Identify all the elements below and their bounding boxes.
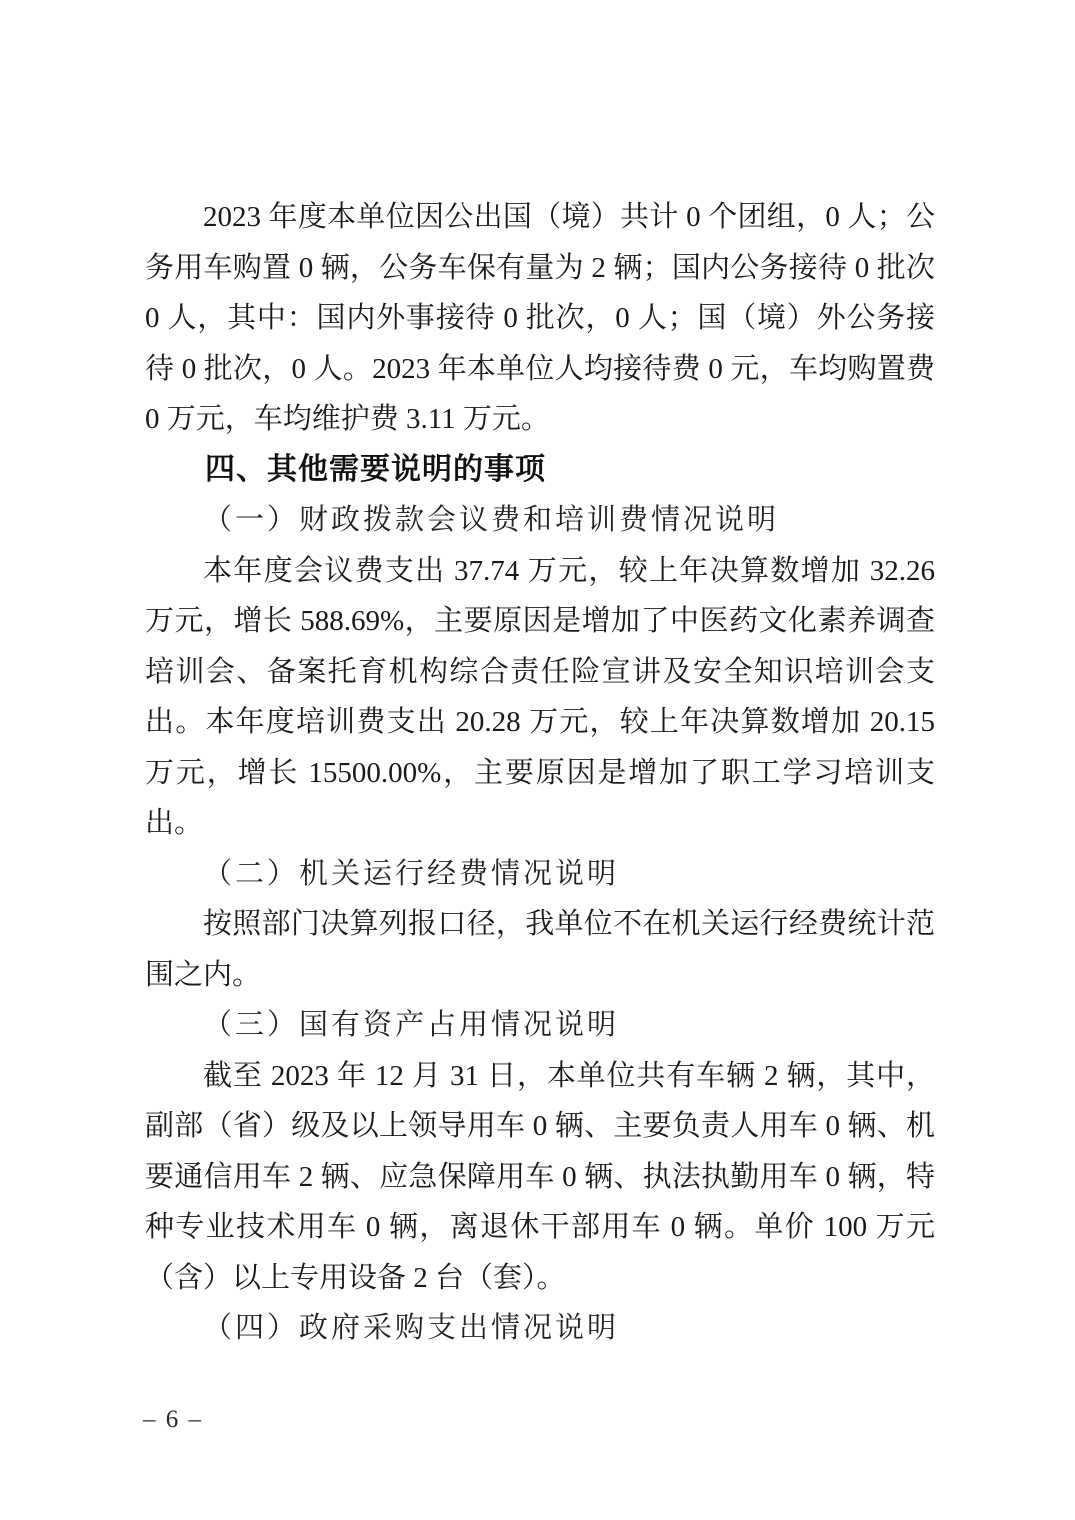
intro-paragraph: 2023 年度本单位因公出国（境）共计 0 个团组，0 人；公务用车购置 0 辆… [145,192,935,445]
document-page: 2023 年度本单位因公出国（境）共计 0 个团组，0 人；公务用车购置 0 辆… [0,0,1075,1520]
subsection-body-operating-expenses: 按照部门决算列报口径，我单位不在机关运行经费统计范围之内。 [145,899,935,1000]
subsection-heading-government-procurement: （四）政府采购支出情况说明 [145,1303,935,1354]
subsection-heading-operating-expenses: （二）机关运行经费情况说明 [145,849,935,900]
subsection-body-state-assets: 截至 2023 年 12 月 31 日，本单位共有车辆 2 辆，其中，副部（省）… [145,1051,935,1304]
page-number: – 6 – [143,1406,203,1434]
subsection-heading-meeting-training-fees: （一）财政拨款会议费和培训费情况说明 [145,495,935,546]
subsection-body-meeting-training-fees: 本年度会议费支出 37.74 万元，较上年决算数增加 32.26 万元，增长 5… [145,546,935,849]
document-content: 2023 年度本单位因公出国（境）共计 0 个团组，0 人；公务用车购置 0 辆… [145,192,935,1354]
section-heading-other-matters: 四、其他需要说明的事项 [145,445,935,496]
subsection-heading-state-assets: （三）国有资产占用情况说明 [145,1000,935,1051]
